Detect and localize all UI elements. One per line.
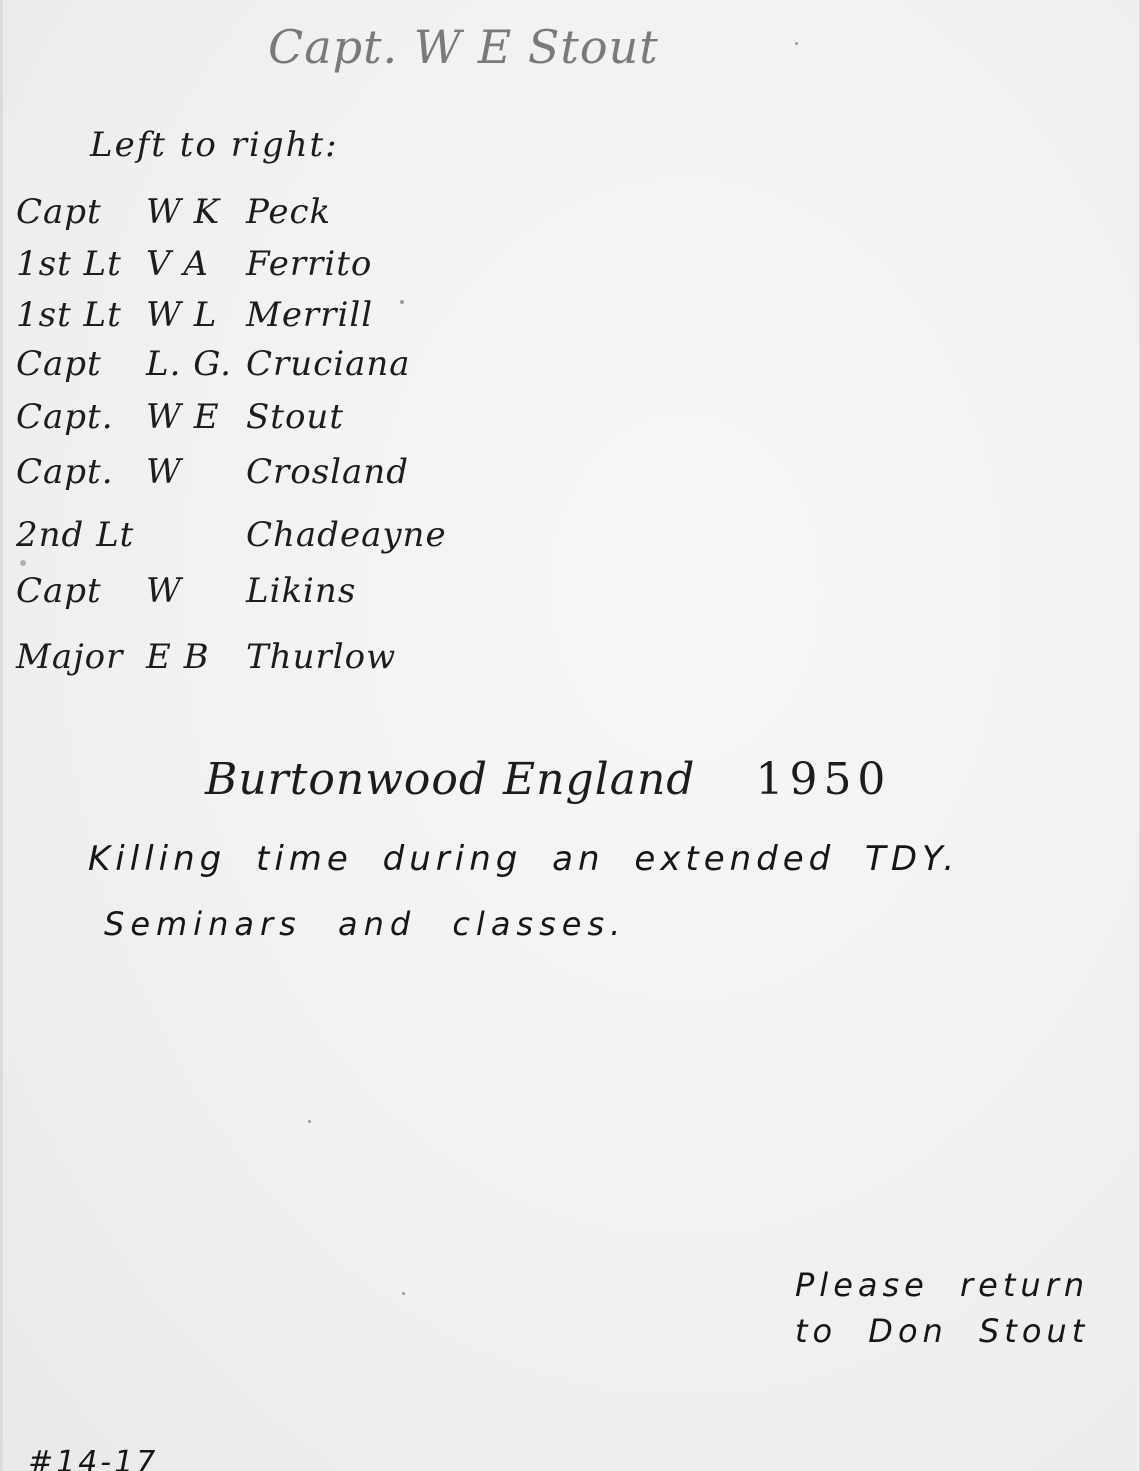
initials: W K: [146, 195, 246, 229]
initials: E B: [146, 640, 246, 674]
surname: Crosland: [246, 452, 409, 492]
rank: Capt: [16, 195, 146, 229]
location: Burtonwood England: [205, 754, 695, 805]
caption-line-1: Killing time during an extended TDY.: [88, 842, 959, 876]
paper-speck: [795, 42, 798, 45]
name-entry: 2nd LtChadeayne: [16, 518, 447, 552]
name-entry: 1st LtV AFerrito: [16, 247, 372, 281]
surname: Stout: [246, 397, 344, 437]
location-date-line: Burtonwood England1950: [205, 758, 891, 802]
initials: W E: [146, 400, 246, 434]
rank: 2nd Lt: [16, 518, 146, 552]
return-note-line-2: to Don Stout: [795, 1308, 1089, 1354]
return-note-line-1: Please return: [795, 1262, 1089, 1308]
name-entry: MajorE BThurlow: [16, 640, 396, 674]
name-entry: CaptL. G.Cruciana: [16, 347, 411, 381]
initials: V A: [146, 247, 246, 281]
surname: Merrill: [246, 295, 373, 335]
return-note: Please return to Don Stout: [795, 1262, 1089, 1355]
paper-speck: [402, 1292, 405, 1295]
paper-speck: [308, 1120, 311, 1123]
rank: 1st Lt: [16, 298, 146, 332]
surname: Peck: [246, 192, 331, 232]
rank: Capt: [16, 574, 146, 608]
intro-heading: Left to right:: [90, 128, 339, 162]
name-entry: CaptWLikins: [16, 574, 356, 608]
surname: Likins: [246, 571, 356, 611]
surname: Chadeayne: [246, 515, 447, 555]
initials: W L: [146, 298, 246, 332]
name-entry: 1st LtW LMerrill: [16, 298, 373, 332]
rank: Major: [16, 640, 146, 674]
reference-number: #14-17: [28, 1448, 158, 1471]
surname: Ferrito: [246, 244, 372, 284]
initials: L. G.: [146, 347, 246, 381]
signature: Capt. W E Stout: [268, 24, 659, 70]
surname: Thurlow: [246, 637, 396, 677]
rank: Capt.: [16, 455, 146, 489]
rank: 1st Lt: [16, 247, 146, 281]
rank: Capt.: [16, 400, 146, 434]
year: 1950: [755, 754, 891, 805]
initials: W: [146, 574, 246, 608]
initials: W: [146, 455, 246, 489]
name-entry: Capt.WCrosland: [16, 455, 409, 489]
rank: Capt: [16, 347, 146, 381]
name-entry: Capt.W EStout: [16, 400, 344, 434]
paper-speck: [20, 560, 26, 566]
surname: Cruciana: [246, 344, 411, 384]
paper-speck: [400, 300, 404, 304]
caption-line-2: Seminars and classes.: [104, 908, 626, 940]
name-entry: CaptW KPeck: [16, 195, 331, 229]
